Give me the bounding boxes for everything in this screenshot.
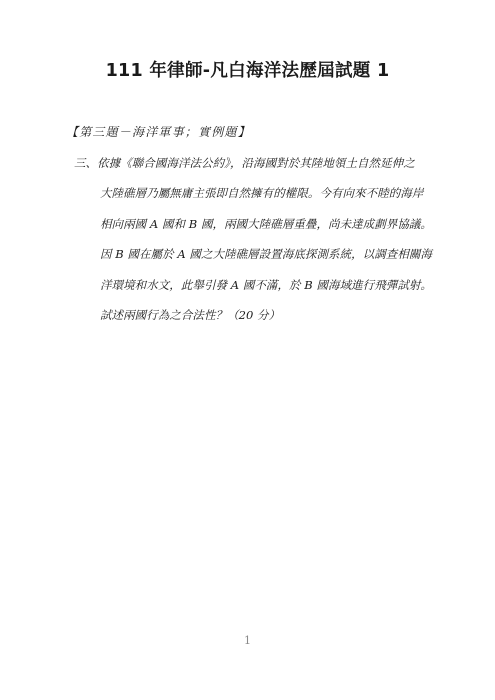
document-page: 111 年律師-凡白海洋法歷屆試題 1 【第三題－海洋軍事；實例題】 三、依據《… <box>0 0 495 700</box>
document-title: 111 年律師-凡白海洋法歷屆試題 1 <box>0 58 495 84</box>
question-line: 因 B 國在屬於 A 國之大陸礁層設置海底探測系統，以調查相關海 <box>74 239 424 270</box>
exam-question: 三、依據《聯合國海洋法公約》，沿海國對於其陸地領土自然延伸之 大陸礁層乃屬無庸主… <box>74 148 424 331</box>
section-header: 【第三題－海洋軍事；實例題】 <box>66 117 495 148</box>
question-line: 三、依據《聯合國海洋法公約》，沿海國對於其陸地領土自然延伸之 <box>74 148 424 179</box>
question-line: 洋環境和水文，此舉引發 A 國不滿，於 B 國海域進行飛彈試射。 <box>74 270 424 301</box>
page-number: 1 <box>0 634 495 648</box>
question-line: 試述兩國行為之合法性？（20 分） <box>74 300 424 331</box>
question-line: 大陸礁層乃屬無庸主張即自然擁有的權限。今有向來不睦的海岸 <box>74 178 424 209</box>
question-line: 相向兩國 A 國和 B 國，兩國大陸礁層重疊，尚未達成劃界協議。 <box>74 209 424 240</box>
document-body: 【第三題－海洋軍事；實例題】 三、依據《聯合國海洋法公約》，沿海國對於其陸地領土… <box>0 117 495 331</box>
